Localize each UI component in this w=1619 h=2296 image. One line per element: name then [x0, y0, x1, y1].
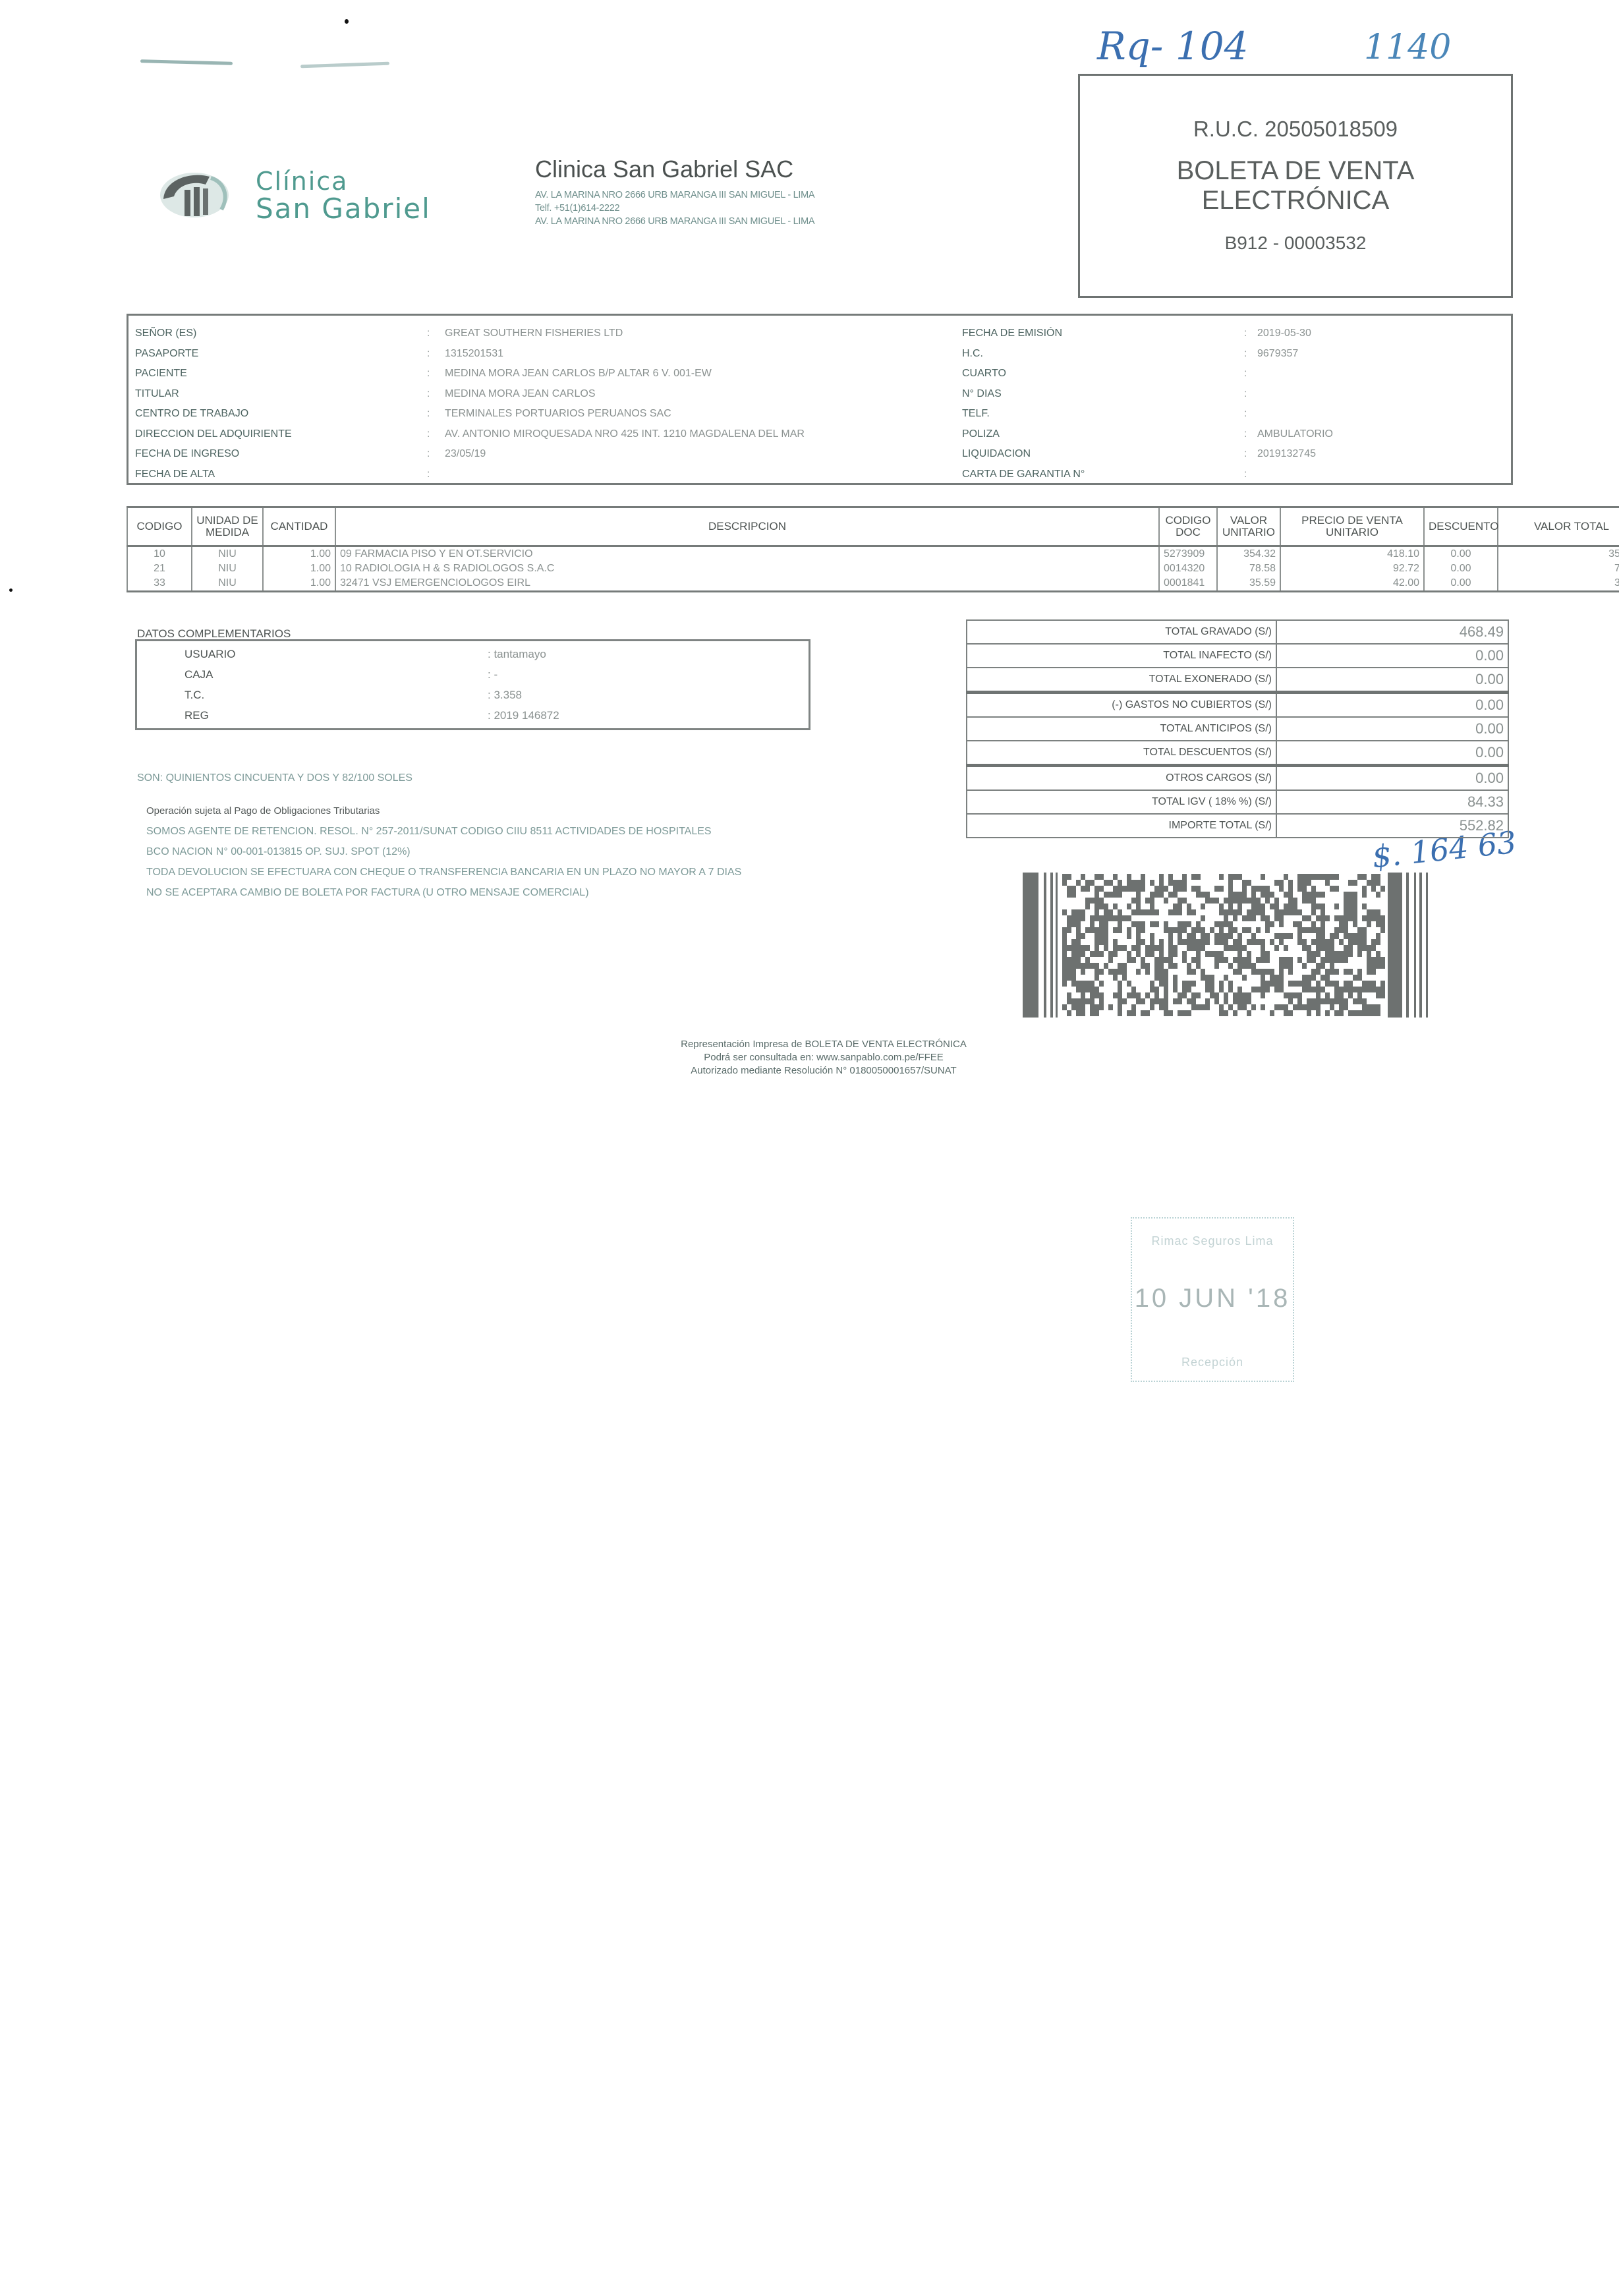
info-value: MEDINA MORA JEAN CARLOS B/P ALTAR 6 V. 0… [445, 368, 712, 380]
total-value: 0.00 [1276, 693, 1508, 718]
clinic-logo-icon [158, 170, 231, 220]
totals-row: TOTAL ANTICIPOS (S/)0.00 [967, 717, 1508, 741]
handwritten-note-reference: Rq- 104 [1097, 24, 1249, 69]
cell-precio-venta: 42.00 [1280, 576, 1424, 592]
col-valor-total: VALOR TOTAL [1498, 507, 1619, 546]
total-label: TOTAL EXONERADO (S/) [967, 668, 1276, 693]
info-label: FECHA DE INGRESO [135, 448, 239, 460]
cell-codigo: 21 [127, 561, 192, 576]
info-label: DIRECCION DEL ADQUIRIENTE [135, 428, 292, 440]
table-row: 21NIU1.0010 RADIOLOGIA H & S RADIOLOGOS … [127, 561, 1619, 576]
col-codigo-doc: CODIGO DOC [1159, 507, 1217, 546]
info-colon: : [427, 388, 430, 400]
stamp-date: 10 JUN '18 [1132, 1284, 1293, 1313]
info-colon: : [1244, 428, 1247, 440]
info-label: PACIENTE [135, 368, 187, 380]
reception-stamp: Rimac Seguros Lima 10 JUN '18 Recepción [1131, 1217, 1294, 1382]
table-row: 10NIU1.0009 FARMACIA PISO Y EN OT.SERVIC… [127, 546, 1619, 562]
footer-line-3: Autorizado mediante Resolución N° 018005… [633, 1064, 1015, 1077]
datos-label: CAJA [185, 668, 213, 681]
info-label: LIQUIDACION [962, 448, 1031, 460]
footer-line-2: Podrá ser consultada en: www.sanpablo.co… [633, 1051, 1015, 1064]
totals-row: TOTAL INAFECTO (S/)0.00 [967, 644, 1508, 668]
electronic-representation-footer: Representación Impresa de BOLETA DE VENT… [633, 1038, 1015, 1077]
note-line: SOMOS AGENTE DE RETENCION. RESOL. N° 257… [146, 821, 741, 842]
document-number: B912 - 00003532 [1080, 233, 1511, 254]
cell-descuento: 0.00 [1424, 576, 1498, 592]
total-label: IMPORTE TOTAL (S/) [967, 814, 1276, 838]
totals-row: TOTAL IGV ( 18% %) (S/)84.33 [967, 790, 1508, 814]
items-table: CODIGO UNIDAD DE MEDIDA CANTIDAD DESCRIP… [127, 506, 1619, 592]
total-value: 0.00 [1276, 668, 1508, 693]
total-label: TOTAL INAFECTO (S/) [967, 644, 1276, 668]
company-phone: Telf. +51(1)614-2222 [535, 203, 814, 214]
logo-line-1: Clínica [256, 169, 431, 194]
pen-stroke-mark [140, 59, 233, 65]
cell-valor-total: 78.58 [1498, 561, 1619, 576]
col-precio-venta: PRECIO DE VENTA UNITARIO [1280, 507, 1424, 546]
company-address: AV. LA MARINA NRO 2666 URB MARANGA III S… [535, 190, 814, 200]
note-line: NO SE ACEPTARA CAMBIO DE BOLETA POR FACT… [146, 882, 741, 903]
totals-row: TOTAL EXONERADO (S/)0.00 [967, 668, 1508, 693]
info-value: 2019-05-30 [1257, 328, 1311, 339]
info-colon: : [1244, 388, 1247, 400]
col-valor-unitario: VALOR UNITARIO [1217, 507, 1280, 546]
document-id-box: R.U.C. 20505018509 BOLETA DE VENTA ELECT… [1078, 74, 1513, 298]
info-value: TERMINALES PORTUARIOS PERUANOS SAC [445, 408, 671, 420]
note-line: TODA DEVOLUCION SE EFECTUARA CON CHEQUE … [146, 862, 741, 882]
cell-unidad: NIU [192, 576, 263, 592]
info-label: TITULAR [135, 388, 179, 400]
ruc-number: R.U.C. 20505018509 [1080, 117, 1511, 142]
datos-value: : 2019 146872 [488, 709, 559, 722]
cell-precio-venta: 92.72 [1280, 561, 1424, 576]
info-label: SEÑOR (ES) [135, 328, 196, 339]
datos-value: : tantamayo [488, 648, 546, 661]
cell-valor-total: 35.59 [1498, 576, 1619, 592]
handwritten-note-number: 1140 [1364, 28, 1451, 67]
total-label: (-) GASTOS NO CUBIERTOS (S/) [967, 693, 1276, 718]
cell-codigo: 10 [127, 546, 192, 562]
info-label: CENTRO DE TRABAJO [135, 408, 248, 420]
info-colon: : [427, 428, 430, 440]
cell-unidad: NIU [192, 546, 263, 562]
document-type-line-1: BOLETA DE VENTA [1080, 156, 1511, 185]
info-colon: : [1244, 368, 1247, 380]
cell-codigo: 33 [127, 576, 192, 592]
cell-descuento: 0.00 [1424, 561, 1498, 576]
cell-cantidad: 1.00 [263, 561, 335, 576]
cell-codigo-doc: 0001841 [1159, 576, 1217, 592]
total-value: 0.00 [1276, 644, 1508, 668]
cell-unidad: NIU [192, 561, 263, 576]
info-label: H.C. [962, 348, 983, 360]
company-header: Clinica San Gabriel SAC AV. LA MARINA NR… [535, 156, 814, 227]
total-label: TOTAL GRAVADO (S/) [967, 620, 1276, 644]
info-value: 2019132745 [1257, 448, 1316, 460]
info-label: FECHA DE EMISIÓN [962, 328, 1062, 339]
note-line: Operación sujeta al Pago de Obligaciones… [146, 801, 741, 821]
col-descuento: DESCUENTO [1424, 507, 1498, 546]
info-value: 9679357 [1257, 348, 1298, 360]
cell-descuento: 0.00 [1424, 546, 1498, 562]
cell-cantidad: 1.00 [263, 576, 335, 592]
info-colon: : [427, 448, 430, 460]
datos-complementarios-title: DATOS COMPLEMENTARIOS [137, 627, 291, 641]
stamp-top-text: Rimac Seguros Lima [1132, 1234, 1293, 1248]
datos-label: USUARIO [185, 648, 235, 661]
totals-row: (-) GASTOS NO CUBIERTOS (S/)0.00 [967, 693, 1508, 718]
info-colon: : [1244, 408, 1247, 420]
clinic-logo-wordmark: Clínica San Gabriel [256, 169, 431, 223]
datos-label: T.C. [185, 689, 204, 702]
cell-codigo-doc: 0014320 [1159, 561, 1217, 576]
info-colon: : [1244, 469, 1247, 480]
total-value: 0.00 [1276, 717, 1508, 741]
cell-valor-unitario: 354.32 [1217, 546, 1280, 562]
cell-descripcion: 32471 VSJ EMERGENCIOLOGOS EIRL [335, 576, 1159, 592]
company-address-2: AV. LA MARINA NRO 2666 URB MARANGA III S… [535, 216, 814, 227]
totals-row: IMPORTE TOTAL (S/)552.82 [967, 814, 1508, 838]
pen-stroke-mark [300, 62, 389, 69]
info-value: AV. ANTONIO MIROQUESADA NRO 425 INT. 121… [445, 428, 805, 440]
info-label: FECHA DE ALTA [135, 469, 215, 480]
total-value: 0.00 [1276, 766, 1508, 791]
info-colon: : [427, 328, 430, 339]
footer-line-1: Representación Impresa de BOLETA DE VENT… [633, 1038, 1015, 1051]
datos-value: : - [488, 668, 497, 681]
col-cantidad: CANTIDAD [263, 507, 335, 546]
total-label: OTROS CARGOS (S/) [967, 766, 1276, 791]
info-colon: : [1244, 348, 1247, 360]
cell-valor-unitario: 35.59 [1217, 576, 1280, 592]
total-label: TOTAL IGV ( 18% %) (S/) [967, 790, 1276, 814]
info-label: POLIZA [962, 428, 1000, 440]
legal-notes: Operación sujeta al Pago de Obligaciones… [146, 801, 741, 903]
info-label: TELF. [962, 408, 990, 420]
total-label: TOTAL ANTICIPOS (S/) [967, 717, 1276, 741]
pdf417-barcode-icon [1019, 873, 1467, 1018]
cell-cantidad: 1.00 [263, 546, 335, 562]
info-colon: : [427, 368, 430, 380]
document-type-line-2: ELECTRÓNICA [1080, 185, 1511, 215]
total-value: 468.49 [1276, 620, 1508, 644]
info-colon: : [427, 348, 430, 360]
info-colon: : [427, 408, 430, 420]
total-value: 552.82 [1276, 814, 1508, 838]
datos-complementarios-box: USUARIO: tantamayoCAJA: -T.C.: 3.358REG:… [135, 639, 810, 730]
totals-row: TOTAL DESCUENTOS (S/)0.00 [967, 741, 1508, 766]
cell-codigo-doc: 5273909 [1159, 546, 1217, 562]
datos-label: REG [185, 709, 209, 722]
info-label: CARTA DE GARANTIA N° [962, 469, 1085, 480]
info-value: AMBULATORIO [1257, 428, 1333, 440]
amount-in-words: SON: QUINIENTOS CINCUENTA Y DOS Y 82/100… [137, 772, 412, 784]
logo-line-2: San Gabriel [256, 195, 431, 223]
cell-valor-unitario: 78.58 [1217, 561, 1280, 576]
cell-descripcion: 09 FARMACIA PISO Y EN OT.SERVICIO [335, 546, 1159, 562]
info-label: N° DIAS [962, 388, 1002, 400]
scan-speck [345, 19, 349, 24]
table-row: 33NIU1.0032471 VSJ EMERGENCIOLOGOS EIRL0… [127, 576, 1619, 592]
col-descripcion: DESCRIPCION [335, 507, 1159, 546]
col-codigo: CODIGO [127, 507, 192, 546]
cell-precio-venta: 418.10 [1280, 546, 1424, 562]
col-unidad-medida: UNIDAD DE MEDIDA [192, 507, 263, 546]
cell-descripcion: 10 RADIOLOGIA H & S RADIOLOGOS S.A.C [335, 561, 1159, 576]
datos-value: : 3.358 [488, 689, 522, 702]
cell-valor-total: 354.32 [1498, 546, 1619, 562]
customer-info-box: SEÑOR (ES):GREAT SOUTHERN FISHERIES LTDP… [127, 314, 1513, 485]
totals-table: TOTAL GRAVADO (S/)468.49TOTAL INAFECTO (… [966, 619, 1509, 838]
company-name: Clinica San Gabriel SAC [535, 156, 814, 183]
info-value: MEDINA MORA JEAN CARLOS [445, 388, 596, 400]
stamp-bottom-text: Recepción [1132, 1356, 1293, 1369]
note-line: BCO NACION N° 00-001-013815 OP. SUJ. SPO… [146, 842, 741, 862]
totals-row: OTROS CARGOS (S/)0.00 [967, 766, 1508, 791]
scan-speck [9, 588, 13, 592]
items-table-header: CODIGO UNIDAD DE MEDIDA CANTIDAD DESCRIP… [127, 507, 1619, 546]
total-value: 84.33 [1276, 790, 1508, 814]
info-label: PASAPORTE [135, 348, 198, 360]
info-colon: : [1244, 448, 1247, 460]
totals-row: TOTAL GRAVADO (S/)468.49 [967, 620, 1508, 644]
total-label: TOTAL DESCUENTOS (S/) [967, 741, 1276, 766]
info-colon: : [1244, 328, 1247, 339]
info-colon: : [427, 469, 430, 480]
info-value: 23/05/19 [445, 448, 486, 460]
info-value: 1315201531 [445, 348, 503, 360]
total-value: 0.00 [1276, 741, 1508, 766]
info-value: GREAT SOUTHERN FISHERIES LTD [445, 328, 623, 339]
info-label: CUARTO [962, 368, 1006, 380]
